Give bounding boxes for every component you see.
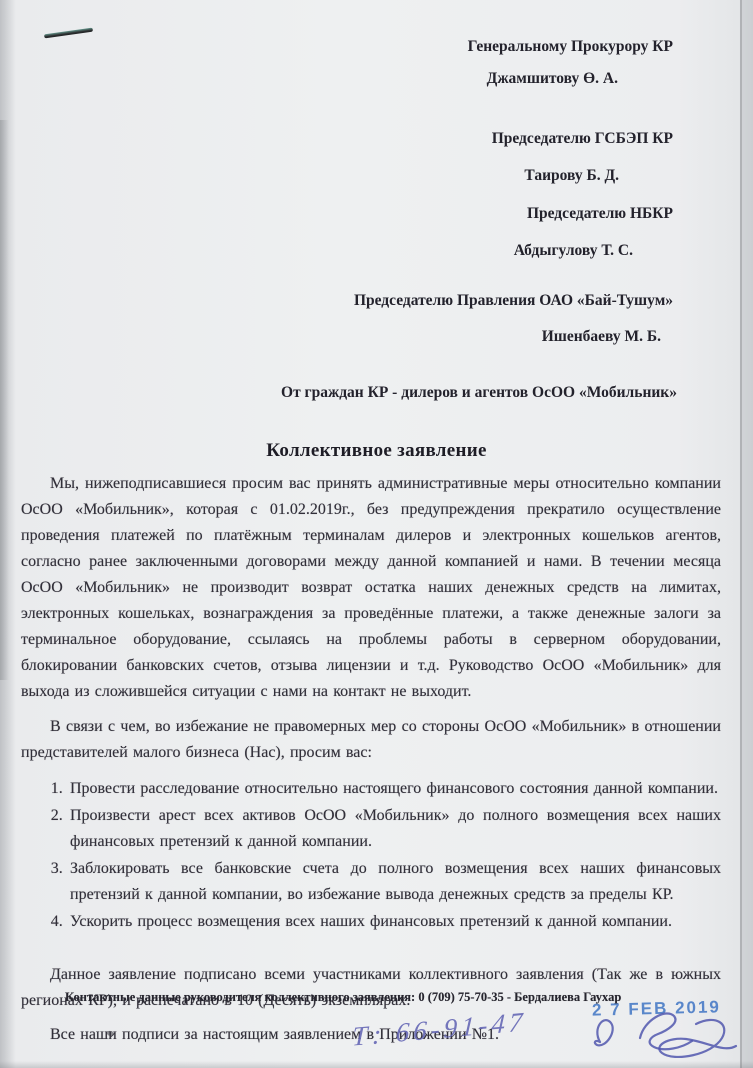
demand-item-3: Заблокировать все банковские счета до по… [68,856,721,908]
staple-mark [44,28,93,39]
addressee-name: Ишенбаеву М. Б. [354,327,673,346]
scanned-document-page: Генеральному Прокурору КР Джамшитову Ө. … [0,0,753,1068]
document-body: Мы, нижеподписавшиеся просим вас принять… [21,471,721,1048]
scan-streak-left [0,120,9,680]
addressee-title: Председателю Правления ОАО «Бай-Тушум» [354,291,673,310]
scan-edge-shadow-right [740,0,753,1068]
addressee-block-bai-tushum: Председателю Правления ОАО «Бай-Тушум» И… [354,291,673,346]
demand-item-1: Провести расследование относительно наст… [68,776,721,802]
addressee-name: Абдыгулову Т. С. [514,241,673,260]
demands-list: Провести расследование относительно наст… [21,776,721,935]
addressee-title: Председателю ГСБЭП КР [492,129,673,148]
addressee-block-gsbep: Председателю ГСБЭП КР Таирову Б. Д. [492,129,673,185]
document-title: Коллективное заявление [0,440,753,462]
signature-ink [578,998,738,1068]
addressee-title: Председателю НБКР [514,204,673,223]
contact-line: Контактные данные руководителя коллектив… [65,990,621,1005]
addressee-block-nbkr: Председателю НБКР Абдыгулову Т. С. [514,204,673,260]
addressee-name: Таирову Б. Д. [492,166,673,185]
addressee-block-prosecutor: Генеральному Прокурору КР Джамшитову Ө. … [468,37,673,88]
paragraph-intro: Мы, нижеподписавшиеся просим вас принять… [21,471,721,705]
demand-item-2: Произвести арест всех активов ОсОО «Моби… [68,803,721,855]
sender-line: От граждан КР - дилеров и агентов ОсОО «… [281,384,677,402]
addressee-title: Генеральному Прокурору КР [468,37,673,56]
addressee-name: Джамшитову Ө. А. [468,69,673,88]
demand-item-4: Ускорить процесс возмещения всех наших ф… [68,909,721,935]
paragraph-request: В связи с чем, во избежание не правомерн… [21,714,721,766]
